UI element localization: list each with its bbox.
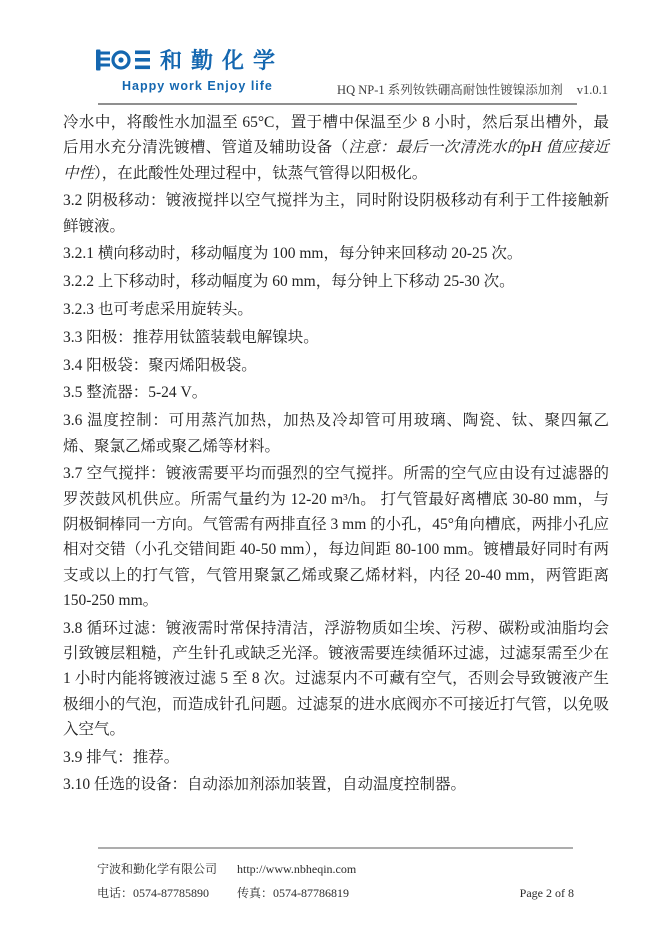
header-divider — [98, 103, 577, 105]
paragraph: 3.2.3 也可考虑采用旋转头。 — [63, 297, 609, 322]
paragraph-run: ），在此酸性处理过程中，钛蒸气管得以阳极化。 — [94, 165, 427, 182]
footer-divider — [98, 847, 573, 849]
footer-company: 宁波和勤化学有限公司 — [97, 860, 237, 877]
document-page: 和勤化学 Happy work Enjoy life HQ NP-1 系列钕铁硼… — [0, 0, 671, 950]
paragraph: 冷水中，将酸性水加温至 65°C，置于槽中保温至少 8 小时，然后泵出槽外，最后… — [63, 110, 609, 186]
company-logo: 和勤化学 Happy work Enjoy life — [96, 44, 284, 93]
paragraph-run: 3.2.1 横向移动时，移动幅度为 100 mm，每分钟来回移动 20-25 次… — [63, 245, 522, 262]
paragraph-run: 3.7 空气搅拌：镀液需要平均而强烈的空气搅拌。所需的空气应由设有过滤器的罗茨鼓… — [63, 465, 609, 608]
paragraph: 3.2 阴极移动：镀液搅拌以空气搅拌为主，同时附设阴极移动有利于工件接触新鲜镀液… — [63, 188, 609, 239]
product-title: HQ NP-1 系列钕铁硼高耐蚀性镀镍添加剂 — [337, 83, 563, 97]
paragraph-run: 3.8 循环过滤：镀液需时常保持清洁，浮游物质如尘埃、污秽、碳粉或油脂均会引致镀… — [63, 620, 609, 738]
heqin-logo-icon — [96, 46, 150, 74]
paragraph: 3.6 温度控制：可用蒸汽加热，加热及冷却管可用玻璃、陶瓷、钛、聚四氟乙烯、聚氯… — [63, 408, 609, 459]
paragraph-run: 3.10 任选的设备：自动添加剂添加装置，自动温度控制器。 — [63, 776, 466, 793]
paragraph: 3.8 循环过滤：镀液需时常保持清洁，浮游物质如尘埃、污秽、碳粉或油脂均会引致镀… — [63, 616, 609, 742]
paragraph-run: 3.3 阳极：推荐用钛篮装载电解镍块。 — [63, 329, 319, 346]
version-label: v1.0.1 — [577, 83, 608, 97]
paragraph-run: 3.2.3 也可考虑采用旋转头。 — [63, 301, 253, 318]
company-tagline: Happy work Enjoy life — [122, 79, 284, 93]
paragraph: 3.7 空气搅拌：镀液需要平均而强烈的空气搅拌。所需的空气应由设有过滤器的罗茨鼓… — [63, 461, 609, 613]
paragraph-run: 3.5 整流器：5-24 V。 — [63, 384, 207, 401]
paragraph: 3.9 排气：推荐。 — [63, 745, 609, 770]
paragraph-run: 3.9 排气：推荐。 — [63, 749, 179, 766]
footer-phone: 电话：0574-87785890 — [97, 884, 237, 901]
paragraph: 3.10 任选的设备：自动添加剂添加装置，自动温度控制器。 — [63, 772, 609, 797]
page-number: Page 2 of 8 — [520, 886, 574, 901]
company-name: 和勤化学 — [160, 44, 284, 75]
document-header-title: HQ NP-1 系列钕铁硼高耐蚀性镀镍添加剂v1.0.1 — [337, 80, 608, 98]
paragraph: 3.2.1 横向移动时，移动幅度为 100 mm，每分钟来回移动 20-25 次… — [63, 241, 609, 266]
paragraph: 3.2.2 上下移动时，移动幅度为 60 mm，每分钟上下移动 25-30 次。 — [63, 269, 609, 294]
paragraph-run: 3.2.2 上下移动时，移动幅度为 60 mm，每分钟上下移动 25-30 次。 — [63, 273, 515, 290]
footer-fax: 传真：0574-87786819 — [237, 884, 349, 901]
paragraph-run: 3.4 阳极袋：聚丙烯阳极袋。 — [63, 357, 257, 374]
footer-website: http://www.nbheqin.com — [237, 862, 356, 877]
paragraph: 3.5 整流器：5-24 V。 — [63, 380, 609, 405]
page-footer: 宁波和勤化学有限公司 http://www.nbheqin.com 电话：057… — [97, 860, 574, 908]
paragraph: 3.4 阳极袋：聚丙烯阳极袋。 — [63, 353, 609, 378]
paragraph-run: 3.6 温度控制：可用蒸汽加热，加热及冷却管可用玻璃、陶瓷、钛、聚四氟乙烯、聚氯… — [63, 412, 609, 454]
paragraph-run: 3.2 阴极移动：镀液搅拌以空气搅拌为主，同时附设阴极移动有利于工件接触新鲜镀液… — [63, 192, 609, 234]
document-body: 冷水中，将酸性水加温至 65°C，置于槽中保温至少 8 小时，然后泵出槽外，最后… — [63, 110, 609, 800]
paragraph: 3.3 阳极：推荐用钛篮装载电解镍块。 — [63, 325, 609, 350]
